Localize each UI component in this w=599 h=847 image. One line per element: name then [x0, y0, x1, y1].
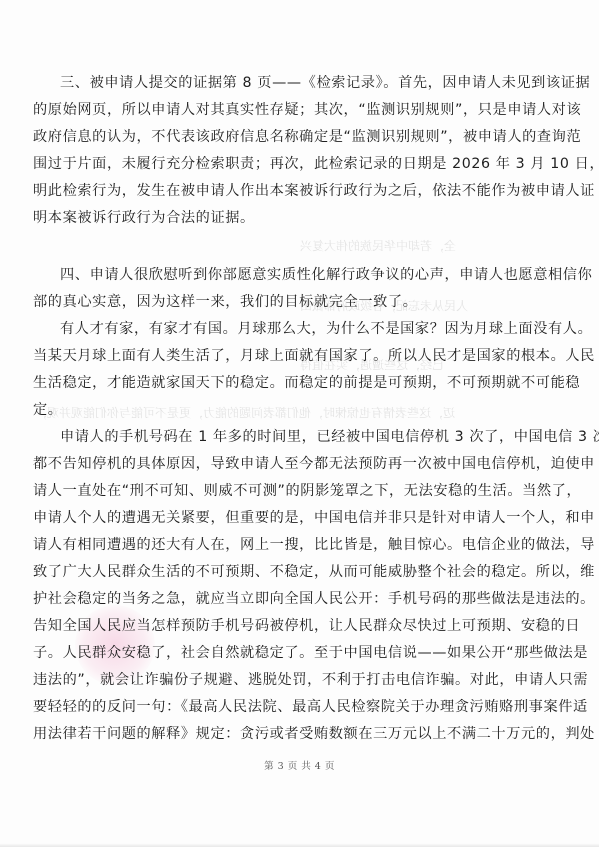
text-line: 申请人个人的遭遇无关紧要，但重要的是，中国电信并非只是针对申请人一个人，和申 [33, 509, 573, 527]
text-line: 生活稳定，才能造就家国天下的稳定。而稳定的前提是可预期，不可预期就不可能稳 [33, 374, 573, 392]
text-line: 三、被申请人提交的证据第 8 页——《检索记录》。首先，因申请人未见到该证据 [60, 74, 599, 92]
text-line: 定。 [33, 401, 573, 419]
text-line: 部的真心实意，因为这样一来，我们的目标就完全一致了。 [33, 293, 573, 311]
bleed-through-text: 全，若却中华民族的伟大复兴 [300, 237, 456, 254]
page-edge [0, 843, 599, 847]
text-line: 护社会稳定的当务之急，就应当立即向全国人民公开：手机号码的那些做法是违法的。 [33, 590, 573, 608]
text-line: 都不告知停机的具体原因，导致申请人至今都无法预防再一次被中国电信停机，迫使申 [33, 455, 573, 473]
text-line: 有人才有家，有家才有国。月球那么大，为什么不是国家？因为月球上面没有人。 [60, 320, 599, 338]
text-line: 要轻轻的的反问一句：《最高人民法院、最高人民检察院关于办理贪污贿赂刑事案件适 [33, 698, 573, 716]
text-line: 政府信息的认为，不代表该政府信息名称确定是“监测识别规则”，被申请人的查询范 [33, 128, 573, 146]
text-line: 致了广大人民群众生活的不可预期、不稳定，从而可能威胁整个社会的稳定。所以，维 [33, 563, 573, 581]
text-line: 当某天月球上面有人类生活了，月球上面就有国家了。所以人民才是国家的根本。人民 [33, 347, 573, 365]
text-line: 子。人民群众安稳了，社会自然就稳定了。至于中国电信说——如果公开“那些做法是 [33, 644, 573, 662]
text-line: 的原始网页，所以申请人对其真实性存疑；其次，“监测识别规则”，只是申请人对该 [33, 101, 573, 119]
text-line: 违法的”，就会让诈骗份子规避、逃脱处罚，不利于打击电信诈骗。对此，申请人只需 [33, 671, 573, 689]
document-page: 全，若却中华民族的伟大复兴 人民从未忘記，各级政府都做出 已经，这些遭遇，实在值… [0, 0, 599, 847]
text-line: 告知全国人民应当怎样预防手机号码被停机，让人民群众尽快过上可预期、安稳的日 [33, 617, 573, 635]
page-number: 第 3 页 共 4 页 [0, 758, 599, 772]
text-line: 申请人的手机号码在 1 年多的时间里，已经被中国电信停机 3 次了，中国电信 3… [60, 428, 599, 446]
text-line: 四、申请人很欣慰听到你部愿意实质性化解行政争议的心声，申请人也愿意相信你 [60, 266, 599, 284]
text-line: 围过于片面，未履行充分检索职责；再次，此检索记录的日期是 2026 年 3 月 … [33, 155, 573, 173]
text-line: 请人有相同遭遇的还大有人在，网上一搜，比比皆是，触目惊心。电信企业的做法，导 [33, 536, 573, 554]
text-line: 明本案被诉行政行为合法的证据。 [33, 209, 573, 227]
text-line: 用法律若干问题的解释》规定：贪污或者受贿数额在三万元以上不满二十万元的，判处 [33, 725, 573, 743]
text-line: 明此检索行为，发生在被申请人作出本案被诉行政行为之后，依法不能作为被申请人证 [33, 182, 573, 200]
text-line: 请人一直处在“刑不可知、则威不可测”的阴影笼罩之下，无法安稳的生活。当然了， [33, 482, 573, 500]
